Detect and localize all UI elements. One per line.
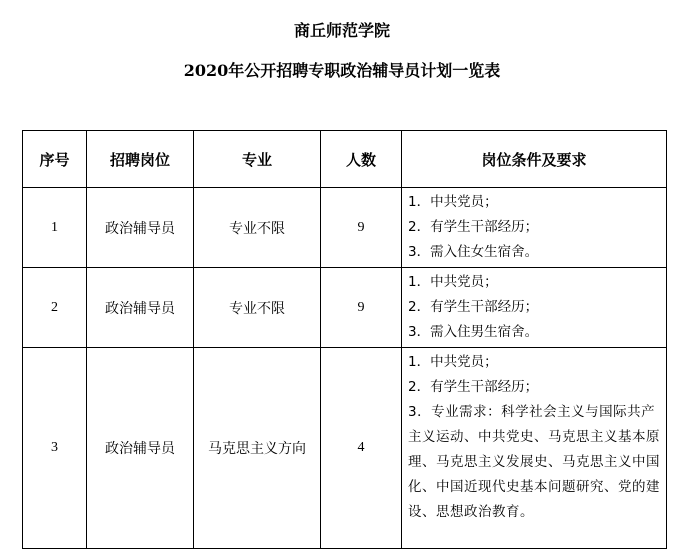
row-major: 专业不限: [194, 188, 321, 268]
row-major: 专业不限: [194, 268, 321, 348]
requirement-item: 3．专业需求：科学社会主义与国际共产主义运动、中共党史、马克思主义基本原理、马克…: [408, 400, 660, 525]
row-major: 马克思主义方向: [194, 348, 321, 549]
requirement-item: 3．需入住女生宿舍。: [408, 240, 660, 265]
row-position: 政治辅导员: [87, 268, 194, 348]
row-count: 9: [321, 268, 402, 348]
requirement-item: 1．中共党员；: [408, 190, 660, 215]
row-index: 1: [23, 188, 87, 268]
requirement-item: 1．中共党员；: [408, 350, 660, 375]
header-count: 人数: [321, 131, 402, 188]
document-title: 商丘师范学院: [0, 18, 684, 41]
header-position: 招聘岗位: [87, 131, 194, 188]
requirement-item: 2．有学生干部经历；: [408, 215, 660, 240]
document-subtitle: 2020年公开招聘专职政治辅导员计划一览表: [0, 58, 684, 81]
header-index: 序号: [23, 131, 87, 188]
row-index: 2: [23, 268, 87, 348]
recruitment-table: 序号 招聘岗位 专业 人数 岗位条件及要求 1 政治辅导员 专业不限 9 1．中…: [22, 130, 667, 549]
table-row: 3 政治辅导员 马克思主义方向 4 1．中共党员； 2．有学生干部经历； 3．专…: [23, 348, 667, 549]
table-row: 2 政治辅导员 专业不限 9 1．中共党员； 2．有学生干部经历； 3．需入住男…: [23, 268, 667, 348]
header-requirements: 岗位条件及要求: [402, 131, 667, 188]
requirement-item: 3．需入住男生宿舍。: [408, 320, 660, 345]
row-index: 3: [23, 348, 87, 549]
requirement-item: 2．有学生干部经历；: [408, 295, 660, 320]
row-requirements: 1．中共党员； 2．有学生干部经历； 3．需入住男生宿舍。: [402, 268, 667, 348]
row-count: 4: [321, 348, 402, 549]
row-count: 9: [321, 188, 402, 268]
table-row: 1 政治辅导员 专业不限 9 1．中共党员； 2．有学生干部经历； 3．需入住女…: [23, 188, 667, 268]
requirement-item: 1．中共党员；: [408, 270, 660, 295]
row-position: 政治辅导员: [87, 348, 194, 549]
table-header-row: 序号 招聘岗位 专业 人数 岗位条件及要求: [23, 131, 667, 188]
requirement-item: 2．有学生干部经历；: [408, 375, 660, 400]
row-requirements: 1．中共党员； 2．有学生干部经历； 3．专业需求：科学社会主义与国际共产主义运…: [402, 348, 667, 549]
row-requirements: 1．中共党员； 2．有学生干部经历； 3．需入住女生宿舍。: [402, 188, 667, 268]
row-position: 政治辅导员: [87, 188, 194, 268]
header-major: 专业: [194, 131, 321, 188]
